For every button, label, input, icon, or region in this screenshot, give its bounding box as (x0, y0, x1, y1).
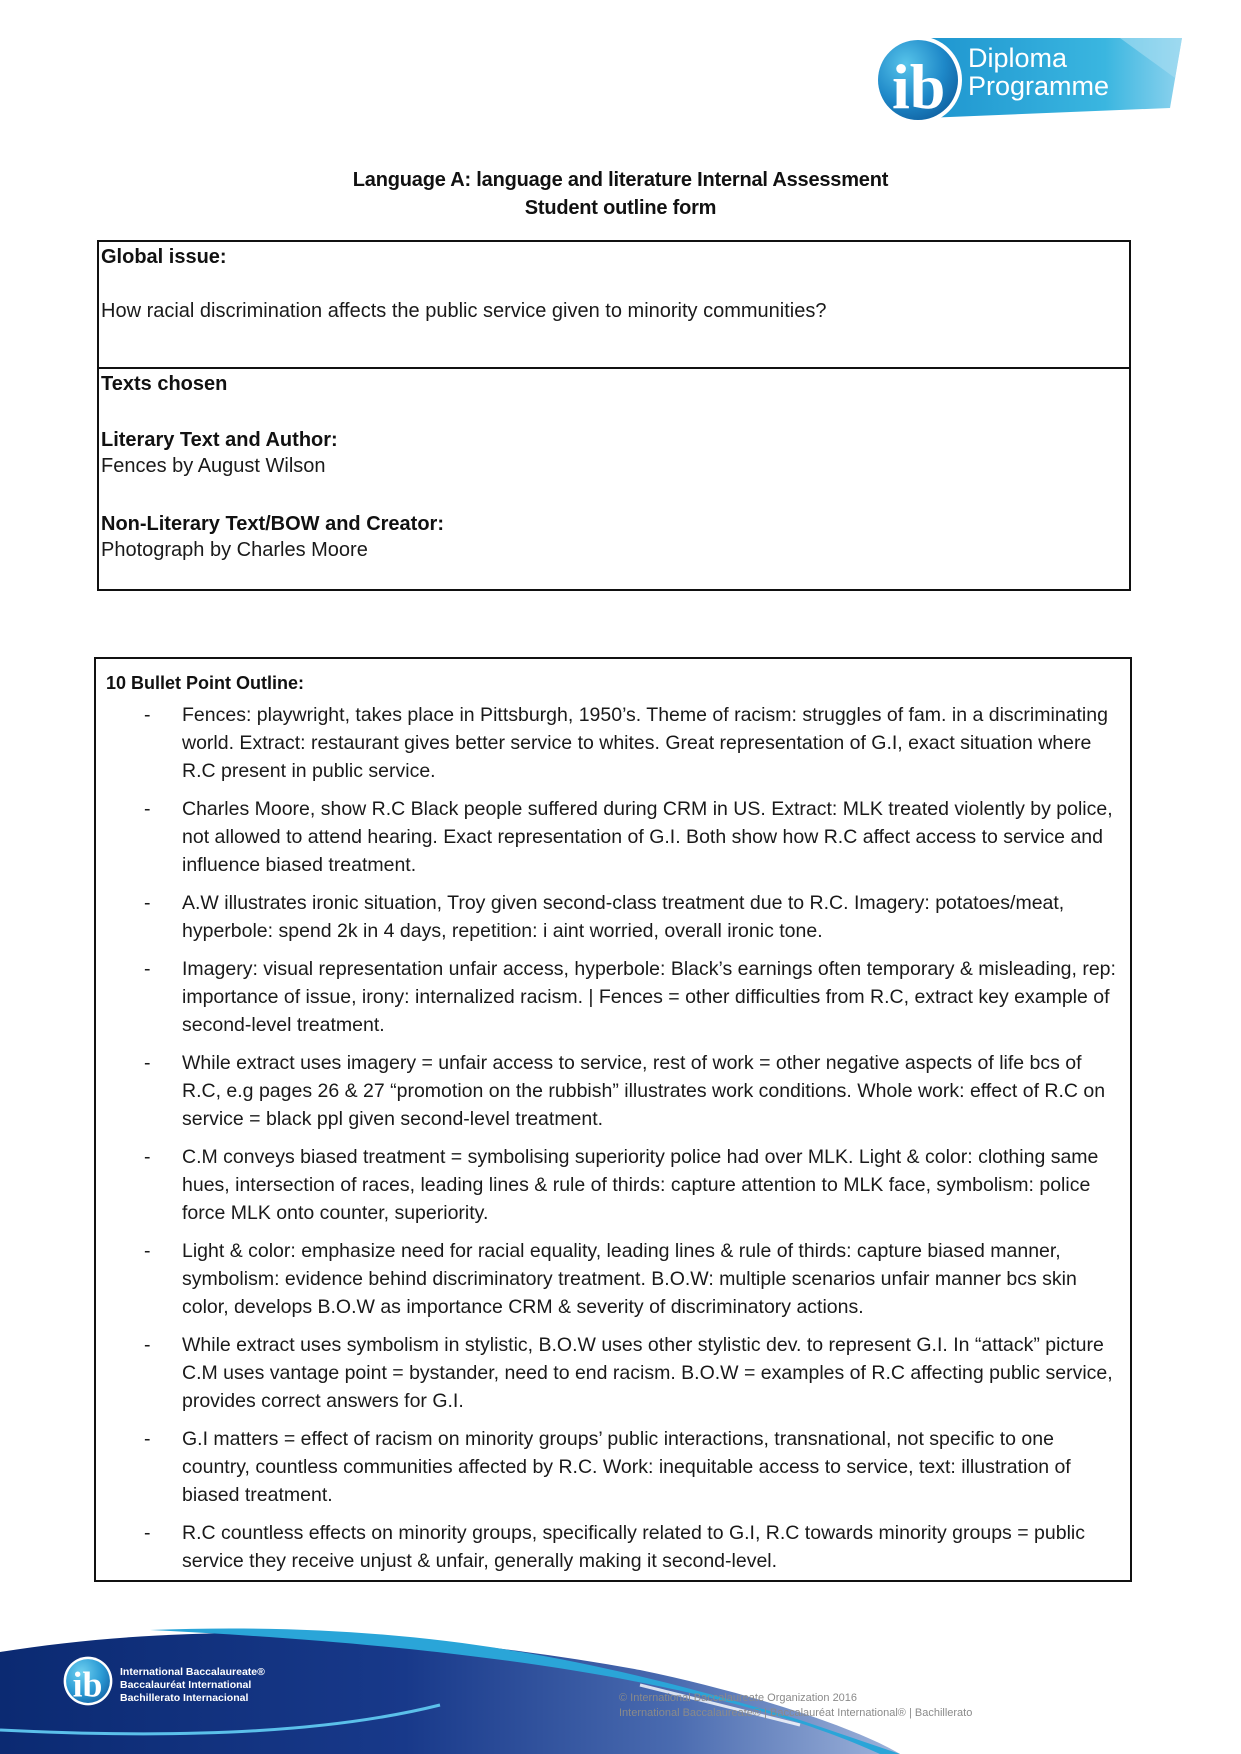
outline-box: 10 Bullet Point Outline: -Fences: playwr… (94, 657, 1132, 1582)
ib-logo-icon: ib (62, 1655, 114, 1707)
outline-item-text: While extract uses imagery = unfair acce… (182, 1052, 1105, 1130)
outline-item: -R.C countless effects on minority group… (96, 1519, 1130, 1575)
copyright-line1: © International Baccalaureate Organizati… (619, 1691, 972, 1706)
nonliterary-text-label: Non-Literary Text/BOW and Creator: (101, 513, 444, 536)
bullet-dash: - (144, 955, 151, 983)
bullet-dash: - (144, 1519, 151, 1547)
bullet-dash: - (144, 1425, 151, 1453)
svg-text:ib: ib (892, 51, 945, 122)
outline-item-text: While extract uses symbolism in stylisti… (182, 1334, 1113, 1412)
bullet-dash: - (144, 1237, 151, 1265)
org-line-es: Bachillerato Internacional (120, 1692, 265, 1705)
info-box: Global issue: How racial discrimination … (97, 240, 1131, 591)
global-issue-section: Global issue: How racial discrimination … (99, 242, 1129, 369)
outline-item: -C.M conveys biased treatment = symbolis… (96, 1143, 1130, 1227)
literary-text-value: Fences by August Wilson (101, 455, 326, 478)
bullet-dash: - (144, 795, 151, 823)
outline-item-text: Imagery: visual representation unfair ac… (182, 958, 1116, 1036)
outline-list: -Fences: playwright, takes place in Pitt… (96, 701, 1130, 1585)
global-issue-label: Global issue: (101, 246, 227, 269)
outline-item-text: C.M conveys biased treatment = symbolisi… (182, 1146, 1098, 1224)
outline-item: -Charles Moore, show R.C Black people su… (96, 795, 1130, 879)
bullet-dash: - (144, 889, 151, 917)
copyright-notice: © International Baccalaureate Organizati… (619, 1691, 972, 1721)
outline-item-text: G.I matters = effect of racism on minori… (182, 1428, 1071, 1506)
texts-chosen-label: Texts chosen (101, 373, 227, 396)
bullet-dash: - (144, 1049, 151, 1077)
bullet-dash: - (144, 701, 151, 729)
outline-label: 10 Bullet Point Outline: (106, 673, 304, 694)
literary-text-label: Literary Text and Author: (101, 429, 338, 452)
title-line2: Student outline form (0, 194, 1241, 222)
ib-org-name: International Baccalaureate® Baccalauréa… (120, 1666, 265, 1705)
copyright-line2: International Baccalaureate® | Baccalaur… (619, 1706, 972, 1721)
outline-item: -While extract uses imagery = unfair acc… (96, 1049, 1130, 1133)
logo-line2: Programme (968, 72, 1109, 100)
logo-text: Diploma Programme (968, 44, 1109, 100)
outline-item: -G.I matters = effect of racism on minor… (96, 1425, 1130, 1509)
title-line1: Language A: language and literature Inte… (0, 166, 1241, 194)
global-issue-text: How racial discrimination affects the pu… (101, 300, 826, 323)
outline-item: -Imagery: visual representation unfair a… (96, 955, 1130, 1039)
svg-text:ib: ib (73, 1664, 103, 1704)
bullet-dash: - (144, 1143, 151, 1171)
page-title: Language A: language and literature Inte… (0, 166, 1241, 222)
outline-item: -A.W illustrates ironic situation, Troy … (96, 889, 1130, 945)
outline-item-text: R.C countless effects on minority groups… (182, 1522, 1085, 1572)
outline-item-text: Fences: playwright, takes place in Pitts… (182, 704, 1108, 782)
logo-line1: Diploma (968, 44, 1109, 72)
outline-item: -Light & color: emphasize need for racia… (96, 1237, 1130, 1321)
outline-item-text: Light & color: emphasize need for racial… (182, 1240, 1077, 1318)
outline-item-text: Charles Moore, show R.C Black people suf… (182, 798, 1113, 876)
bullet-dash: - (144, 1331, 151, 1359)
outline-item-text: A.W illustrates ironic situation, Troy g… (182, 892, 1064, 942)
org-line-fr: Baccalauréat International (120, 1679, 265, 1692)
outline-item: -While extract uses symbolism in stylist… (96, 1331, 1130, 1415)
outline-item: -Fences: playwright, takes place in Pitt… (96, 701, 1130, 785)
org-line-en: International Baccalaureate® (120, 1666, 265, 1679)
nonliterary-text-value: Photograph by Charles Moore (101, 539, 368, 562)
